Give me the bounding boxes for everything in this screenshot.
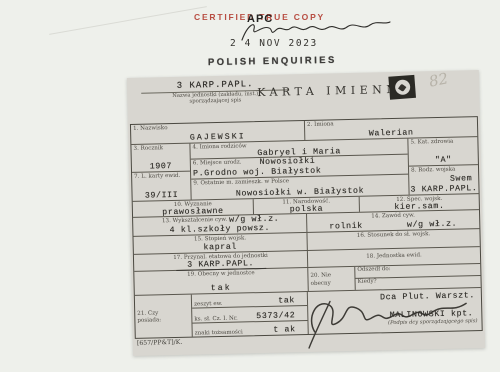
field-value: 1907 — [132, 162, 190, 172]
field-label: 3. Rocznik — [131, 144, 189, 153]
field-imiona: 2. Imiona Walerian — [304, 117, 477, 140]
form-code: [657/PP&T]/K. — [137, 339, 183, 347]
field-spec-wojsk: 12. Spec. wojsk. kier.sam. — [359, 194, 479, 212]
field-value: Swem — [409, 174, 478, 185]
field-value2: w/g wł.z. — [407, 220, 457, 230]
signature-block: Dca Plut. Warszt. MALINOWSKI kpt. (Podpi… — [307, 288, 482, 334]
field-kat-zdrowia: 5. Kat. zdrowia "A" — [408, 137, 478, 166]
field-narodowosc: 11. Narodowość. polska — [253, 197, 359, 214]
seal-center-mark — [398, 83, 406, 91]
seal-inner-circle — [394, 79, 410, 95]
commander-title: Dca Plut. Warszt. — [308, 291, 475, 304]
field-value: t ak — [273, 325, 296, 335]
posiada-row-znaki: znaki tożsamości t ak — [192, 320, 307, 337]
col-middle: 4. Imiona rodziców Gabryel i Maria 6. Mi… — [189, 139, 408, 200]
field-value: Nowosiołki — [259, 157, 315, 167]
field-label: 8. Rodz. wojska — [409, 165, 478, 174]
karta-imienna-card: 3 KARP.PAPL. Nazwa jednostki (zakładu, i… — [127, 70, 485, 356]
field-label: 18. Jednostka ewid. — [308, 250, 480, 261]
card-header: 3 KARP.PAPL. Nazwa jednostki (zakładu, i… — [127, 70, 480, 124]
field-value2: 3 KARP.PAPL. — [409, 184, 478, 195]
field-label: 7. L. karty ewid. — [132, 172, 190, 181]
field-value: 39/III — [132, 191, 190, 201]
field-label: obecny — [309, 278, 355, 286]
personnel-table: 1. Nazwisko GAJEWSKI 2. Imiona Walerian … — [130, 116, 483, 339]
scanned-document: CERTIFIED TRUE COPY APC 2 4 NOV 2023 POL… — [0, 0, 500, 372]
col-left: 3. Rocznik 1907 7. L. karty ewid. 39/III — [131, 144, 190, 201]
polish-enquiries-stamp: POLISH ENQUIRIES — [208, 55, 337, 68]
field-label: 6. Miejsce urodz. — [191, 158, 244, 167]
row-posiada: 21. Czy posiada: zeszyt ew. tak ks. sł. … — [135, 287, 482, 338]
posiada-sublist: zeszyt ew. tak ks. sł. Cz. I. Nr. 5373/4… — [191, 292, 308, 337]
field-rodz-wojska: 8. Rodz. wojska Swem 3 KARP.PAPL. — [409, 164, 479, 195]
field-obecny: 19. Obecny w jednostce tak — [134, 268, 307, 295]
field-value: "A" — [409, 155, 478, 166]
pencil-page-number: 82 — [427, 69, 449, 90]
field-value: rolnik — [329, 222, 363, 232]
field-label: znaki tożsamości — [195, 329, 243, 336]
field-czy-posiada: 21. Czy posiada: — [135, 295, 192, 338]
seal-stamp-icon — [388, 75, 416, 100]
row-band: 3. Rocznik 1907 7. L. karty ewid. 39/III… — [131, 136, 478, 201]
field-rocznik: 3. Rocznik 1907 — [131, 144, 190, 172]
field-nazwisko: 1. Nazwisko GAJEWSKI — [131, 121, 304, 144]
col-right: 5. Kat. zdrowia "A" 8. Rodz. wojska Swem… — [407, 137, 478, 195]
field-value: tak — [278, 296, 295, 305]
field-karta-ewid: 7. L. karty ewid. 39/III — [132, 171, 191, 201]
paper-edge-line — [49, 6, 207, 35]
field-label: 13. Wykształcenie cyw. — [160, 216, 229, 225]
date-stamp: 2 4 NOV 2023 — [230, 38, 318, 49]
field-nieobecny: 20. Nie obecny Odszedł do: Kiedy? — [307, 264, 480, 291]
field-label: 5. Kat. zdrowia — [408, 137, 477, 146]
field-wyznanie: 10. Wyznanie prawosławne — [133, 199, 253, 217]
field-label: posiada: — [135, 316, 191, 325]
